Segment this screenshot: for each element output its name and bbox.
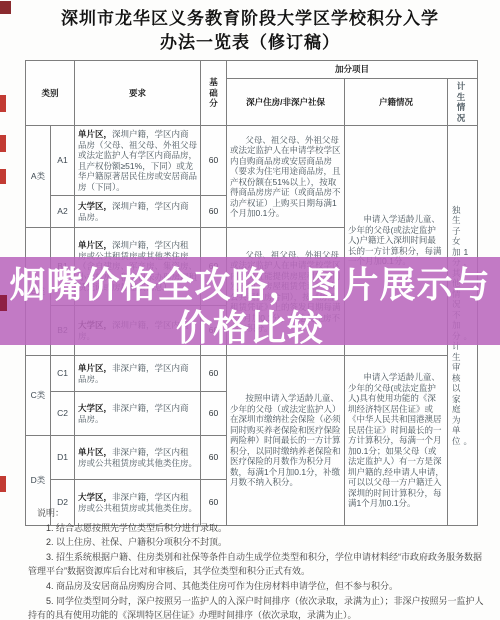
left-edge-red-mark bbox=[0, 95, 6, 112]
left-edge-red-mark bbox=[0, 1, 11, 14]
code-cell-a1: A1 bbox=[51, 126, 75, 196]
overlay-headline-banner[interactable]: 烟嘴价格全攻略，图片展示与 价格比较 bbox=[0, 257, 500, 345]
code-cell-a2: A2 bbox=[51, 196, 75, 228]
overlay-headline-line1: 烟嘴价格全攻略，图片展示与 bbox=[9, 263, 490, 306]
base-score-c2: 60 bbox=[201, 392, 227, 436]
left-edge-red-mark bbox=[0, 135, 6, 152]
code-cell-d1: D1 bbox=[51, 436, 75, 480]
header-hukou: 户籍情况 bbox=[345, 79, 448, 126]
hukou-cell-cd: 申请入学适龄儿童、少年的父母(或法定监护人)具有使用功能的《深圳经济特区居住证》… bbox=[345, 356, 448, 526]
left-edge-red-mark bbox=[0, 476, 6, 492]
note-item-2: 2. 以上住房、社保、户籍积分项积分不封顶。 bbox=[28, 535, 490, 550]
page-title: 深圳市龙华区义务教育阶段大学区学校积分入学 办法一览表（修订稿） bbox=[0, 7, 500, 54]
note-item-3: 3. 招生系统根据户籍、住房类别和社保等条件自动生成学位类型和积分，学位申请材料… bbox=[28, 550, 490, 579]
housing-cell-cd: 按照申请入学适龄儿童、少年的父母（或法定监护人）在深圳市缴纳社会保险（必须同时购… bbox=[227, 356, 345, 526]
code-cell-c2: C2 bbox=[51, 392, 75, 436]
note-item-5: 5. 同学位类型同分时，深户按照另一监护人的入深户时间排序（依次录取，录满为止）… bbox=[28, 594, 490, 620]
table-row-a1: A类 A1 单片区，深圳户籍，学区内商品房（父母、祖父母、外祖父母或法定监护人有… bbox=[26, 126, 478, 196]
header-bonus-group: 加分项目 bbox=[227, 61, 478, 79]
header-requirement: 要求 bbox=[75, 61, 201, 126]
header-family-planning: 计生情况 bbox=[448, 79, 478, 126]
requirement-cell-a2: 大学区，深圳户籍，学区内商品房。 bbox=[75, 196, 201, 228]
housing-cell-a: 父母、祖父母、外祖父母或法定监护人在申请学校学区内自购商品房或安居商品房（要求为… bbox=[227, 126, 345, 228]
left-edge-red-mark bbox=[0, 295, 7, 311]
page-title-line2: 办法一览表（修订稿） bbox=[0, 31, 500, 55]
note-item-1: 1. 结合志愿按照先学位类型后积分进行录取。 bbox=[28, 521, 490, 536]
note-item-4: 4. 商品房及安居商品房购房合同、其他类住房可作为住房材料申请学位，但不参与积分… bbox=[28, 579, 490, 594]
page-title-line1: 深圳市龙华区义务教育阶段大学区学校积分入学 bbox=[0, 7, 500, 31]
header-housing: 深户住房/非深户社保 bbox=[227, 79, 345, 126]
header-category: 类别 bbox=[26, 61, 75, 126]
table-row-c1: C类 C1 单片区，非深户籍，学区内商品房。 60 按照申请入学适龄儿童、少年的… bbox=[26, 356, 478, 392]
requirement-cell-d1: 单片区，非深户籍，学区内租房或公共租赁房或其他类住房。 bbox=[75, 436, 201, 480]
requirement-cell-c1: 单片区，非深户籍，学区内商品房。 bbox=[75, 356, 201, 392]
base-score-d1: 60 bbox=[201, 436, 227, 480]
overlay-headline-line2: 价格比较 bbox=[176, 306, 324, 349]
notes-section: 说明： 1. 结合志愿按照先学位类型后积分进行录取。 2. 以上住房、社保、户籍… bbox=[28, 506, 490, 620]
base-score-a2: 60 bbox=[201, 196, 227, 228]
category-cell-c: C类 bbox=[26, 356, 51, 436]
left-edge-red-mark bbox=[0, 169, 6, 184]
notes-label: 说明： bbox=[28, 506, 490, 521]
base-score-c1: 60 bbox=[201, 356, 227, 392]
header-base-score: 基础分 bbox=[201, 61, 227, 126]
requirement-cell-c2: 大学区，非深户籍，学区内商品房。 bbox=[75, 392, 201, 436]
requirement-cell-a1: 单片区，深圳户籍，学区内商品房（父母、祖父母、外祖父母或法定监护人有学区内商品房… bbox=[75, 126, 201, 196]
base-score-a1: 60 bbox=[201, 126, 227, 196]
category-cell-a: A类 bbox=[26, 126, 51, 228]
code-cell-c1: C1 bbox=[51, 356, 75, 392]
